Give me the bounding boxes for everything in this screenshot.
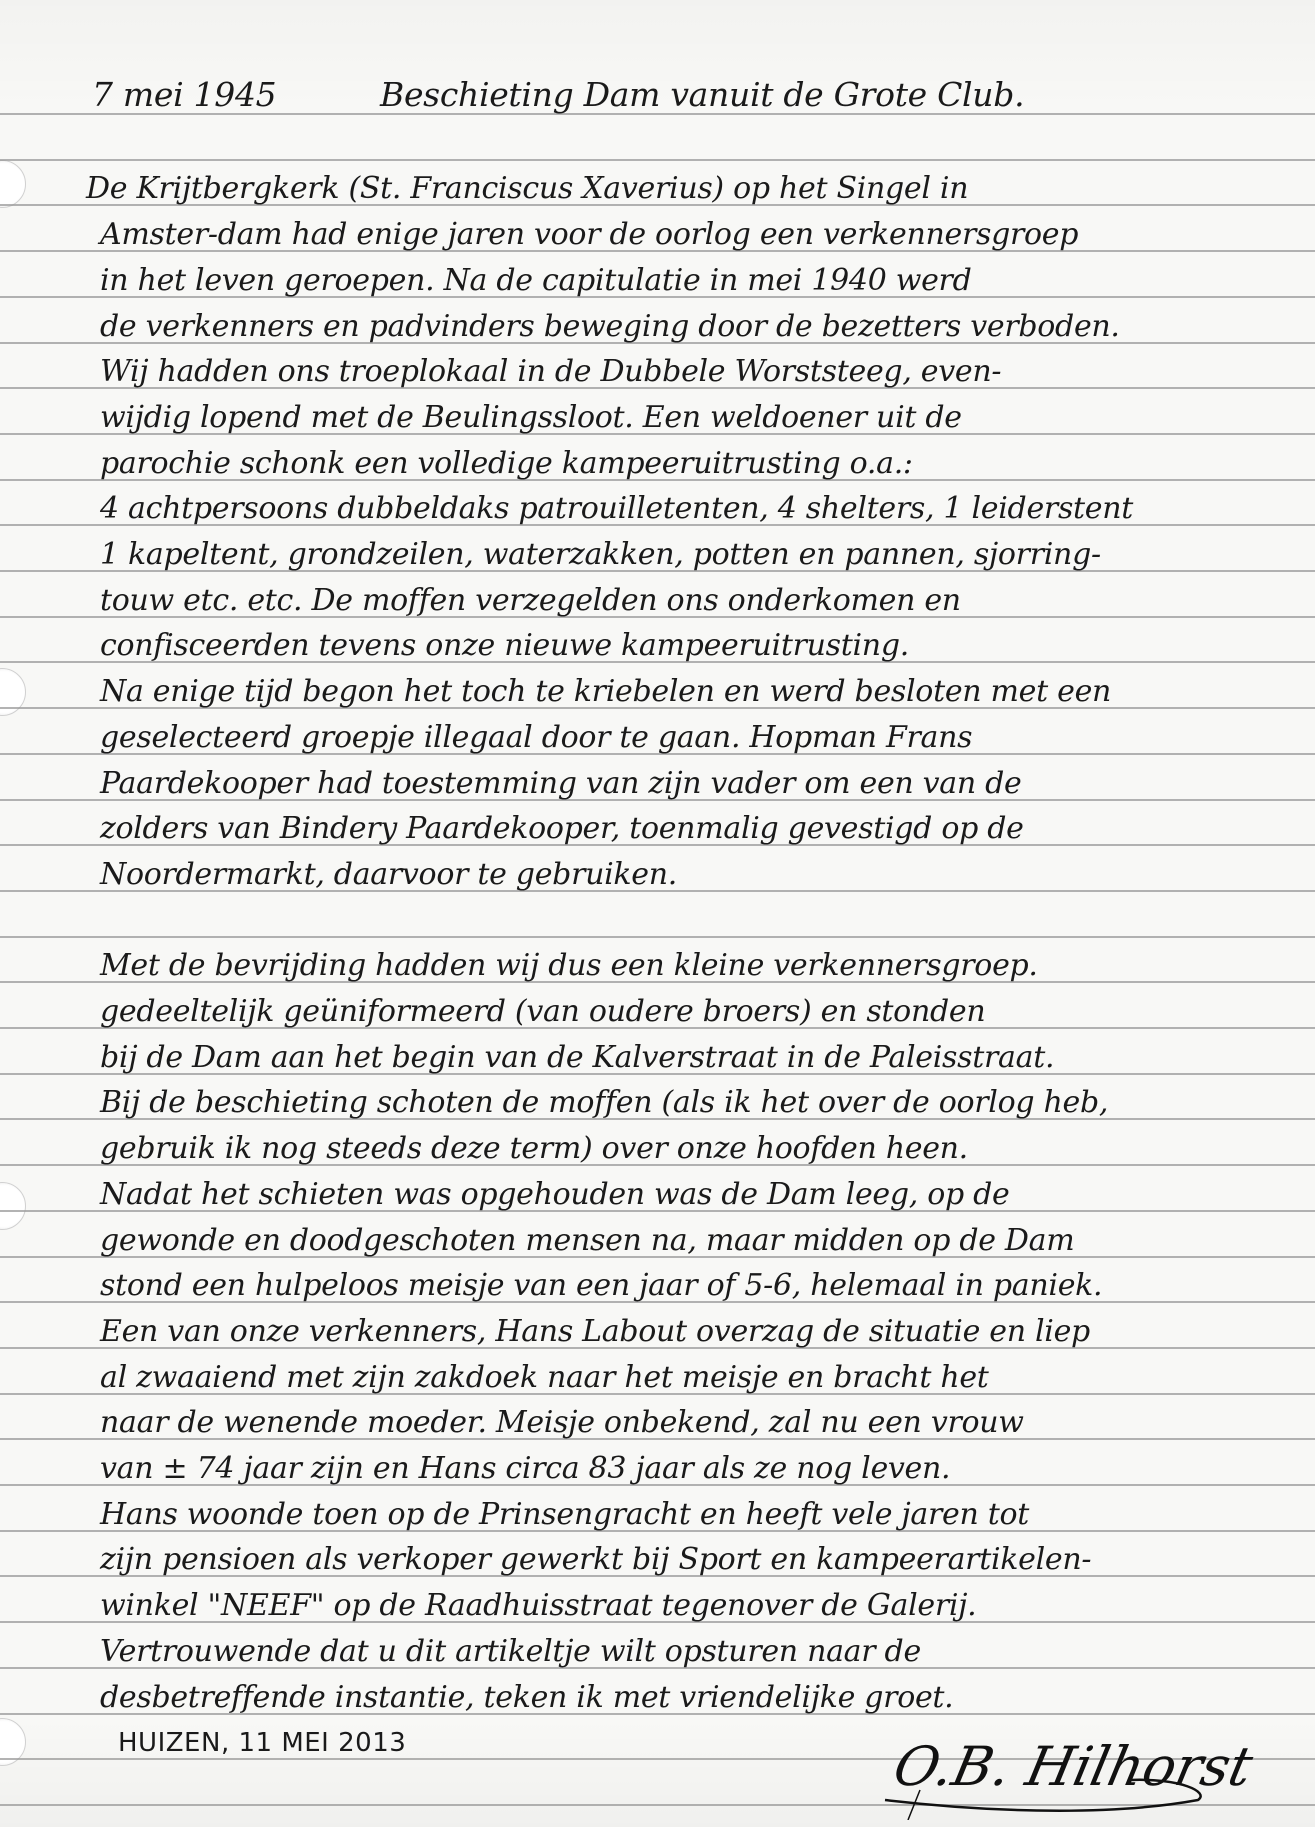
handwritten-line: geselecteerd groepje illegaal door te ga… [100, 723, 972, 753]
handwritten-line: al zwaaiend met zijn zakdoek naar het me… [100, 1363, 989, 1393]
ruled-line [0, 936, 1315, 938]
handwritten-line: desbetreffende instantie, teken ik met v… [100, 1683, 953, 1713]
handwritten-line: Bij de beschieting schoten de moffen (al… [100, 1088, 1108, 1118]
handwritten-line: 1 kapeltent, grondzeilen, waterzakken, p… [100, 540, 1101, 570]
punch-hole [0, 160, 26, 208]
handwritten-line: de verkenners en padvinders beweging doo… [100, 312, 1120, 342]
handwritten-line: Noordermarkt, daarvoor te gebruiken. [100, 860, 677, 890]
handwritten-line: zolders van Bindery Paardekooper, toenma… [100, 814, 1024, 844]
handwritten-line: winkel "NEEF" op de Raadhuisstraat tegen… [100, 1591, 976, 1621]
place-date: HUIZEN, 11 MEI 2013 [118, 1730, 406, 1756]
handwritten-line: confisceerden tevens onze nieuwe kampeer… [100, 631, 909, 661]
letter-title-date: 7 mei 1945 [92, 78, 276, 111]
handwritten-line: Vertrouwende dat u dit artikeltje wilt o… [100, 1637, 921, 1667]
handwritten-line: stond een hulpeloos meisje van een jaar … [100, 1271, 1102, 1301]
handwritten-line: Een van onze verkenners, Hans Labout ove… [100, 1317, 1090, 1347]
handwritten-line: gewonde en doodgeschoten mensen na, maar… [100, 1226, 1074, 1256]
handwritten-line: naar de wenende moeder. Meisje onbekend,… [100, 1408, 1024, 1438]
handwritten-line: gebruik ik nog steeds deze term) over on… [100, 1134, 968, 1164]
handwritten-line: Paardekooper had toestemming van zijn va… [100, 769, 1022, 799]
scanned-letter-page: 7 mei 1945 Beschieting Dam vanuit de Gro… [0, 0, 1315, 1827]
handwritten-line: gedeeltelijk geüniformeerd (van oudere b… [100, 997, 985, 1027]
handwritten-line: zijn pensioen als verkoper gewerkt bij S… [100, 1545, 1091, 1575]
letter-title: Beschieting Dam vanuit de Grote Club. [380, 78, 1024, 111]
handwritten-line: Wij hadden ons troeplokaal in de Dubbele… [100, 357, 1001, 387]
handwritten-line: De Krijtbergkerk (St. Franciscus Xaveriu… [86, 174, 968, 204]
handwritten-line: touw etc. etc. De moffen verzegelden ons… [100, 586, 961, 616]
handwritten-line: bij de Dam aan het begin van de Kalverst… [100, 1043, 1054, 1073]
handwritten-line: Hans woonde toen op de Prinsengracht en … [100, 1500, 1029, 1530]
handwritten-line: Met de bevrijding hadden wij dus een kle… [100, 951, 1038, 981]
punch-hole [0, 1182, 26, 1230]
handwritten-line: van ± 74 jaar zijn en Hans circa 83 jaar… [100, 1454, 950, 1484]
handwritten-line: 4 achtpersoons dubbeldaks patrouilletent… [100, 494, 1133, 524]
ruled-line [0, 159, 1315, 161]
handwritten-line: Amster-dam had enige jaren voor de oorlo… [100, 220, 1078, 250]
handwritten-line: Na enige tijd begon het toch te kriebele… [100, 677, 1111, 707]
handwritten-line: Nadat het schieten was opgehouden was de… [100, 1180, 1010, 1210]
handwritten-line: parochie schonk een volledige kampeeruit… [100, 449, 913, 479]
signature-flourish-icon [880, 1770, 1210, 1820]
handwritten-line: wijdig lopend met de Beulingssloot. Een … [100, 403, 962, 433]
handwritten-line: in het leven geroepen. Na de capitulatie… [100, 266, 972, 296]
